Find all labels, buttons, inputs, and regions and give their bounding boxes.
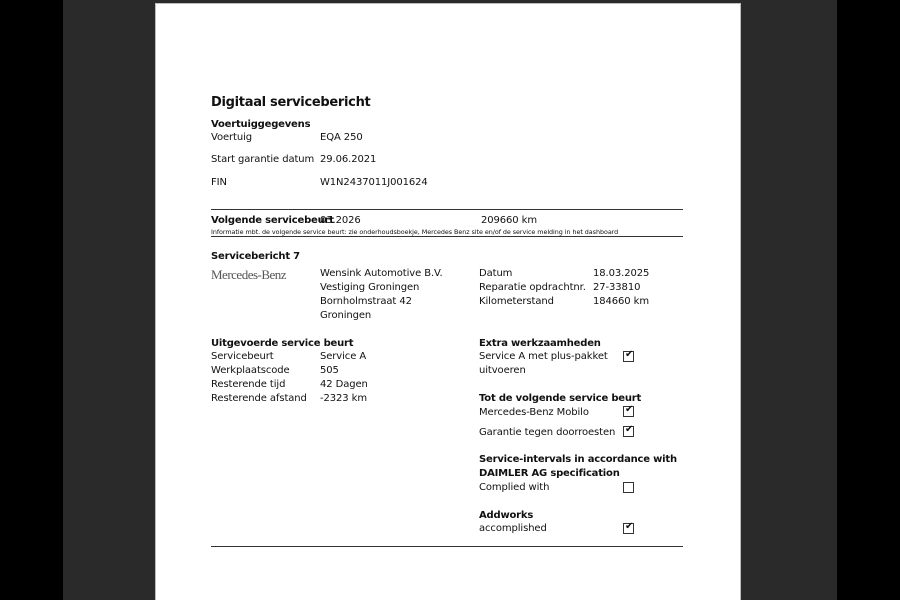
repair-order-label: Reparatie opdrachtnr. <box>479 282 586 293</box>
dealer-city: Groningen <box>320 310 371 321</box>
workshop-code-value: 505 <box>320 365 339 376</box>
extra-work-item-label: Service A met plus-pakket <box>479 351 608 362</box>
complied-with-label: Complied with <box>479 482 549 493</box>
workshop-code-label: Werkplaatscode <box>211 365 290 376</box>
divider-top <box>211 209 683 210</box>
odometer-value: 184660 km <box>593 296 649 307</box>
service-report-heading: Servicebericht 7 <box>211 251 300 262</box>
accomplished-checkbox[interactable]: ✔ <box>623 523 634 534</box>
warranty-start-value: 29.06.2021 <box>320 154 376 165</box>
until-next-heading: Tot de volgende service beurt <box>479 393 641 404</box>
next-service-date: 03.2026 <box>320 215 361 226</box>
mobilo-checkbox[interactable]: ✔ <box>623 406 634 417</box>
next-service-info: Informatie mbt. de volgende service beur… <box>211 228 618 236</box>
document-viewer: Digitaal servicebericht Voertuiggegevens… <box>63 0 837 600</box>
next-service-km: 209660 km <box>481 215 537 226</box>
rust-warranty-checkbox[interactable]: ✔ <box>623 426 634 437</box>
document-page: Digitaal servicebericht Voertuiggegevens… <box>155 3 741 600</box>
extra-work-heading: Extra werkzaamheden <box>479 338 601 349</box>
checkmark-icon: ✔ <box>625 404 633 416</box>
fin-label: FIN <box>211 177 227 188</box>
checkmark-icon: ✔ <box>625 424 633 436</box>
remaining-time-value: 42 Dagen <box>320 379 368 390</box>
remaining-distance-label: Resterende afstand <box>211 393 307 404</box>
accomplished-label: accomplished <box>479 523 547 534</box>
dealer-branch: Vestiging Groningen <box>320 282 419 293</box>
fin-value: W1N2437011J001624 <box>320 177 428 188</box>
service-type-label: Servicebeurt <box>211 351 274 362</box>
checkmark-icon: ✔ <box>625 521 633 533</box>
date-label: Datum <box>479 268 512 279</box>
checkmark-icon: ✔ <box>625 349 633 361</box>
complied-with-checkbox[interactable] <box>623 482 634 493</box>
divider-middle <box>211 236 683 237</box>
mercedes-benz-logo: Mercedes-Benz <box>211 267 286 283</box>
repair-order-value: 27-33810 <box>593 282 640 293</box>
next-service-label: Volgende servicebeurt <box>211 215 334 226</box>
intervals-heading: Service-intervals in accordance with <box>479 454 677 465</box>
extra-work-item-label-cont: uitvoeren <box>479 365 526 376</box>
performed-service-heading: Uitgevoerde service beurt <box>211 338 353 349</box>
addworks-heading: Addworks <box>479 510 533 521</box>
document-title: Digitaal servicebericht <box>211 95 370 110</box>
mobilo-label: Mercedes-Benz Mobilo <box>479 407 589 418</box>
extra-work-checkbox[interactable]: ✔ <box>623 351 634 362</box>
divider-bottom <box>211 546 683 547</box>
dealer-name: Wensink Automotive B.V. <box>320 268 443 279</box>
warranty-start-label: Start garantie datum <box>211 154 314 165</box>
vehicle-value: EQA 250 <box>320 132 363 143</box>
date-value: 18.03.2025 <box>593 268 649 279</box>
remaining-distance-value: -2323 km <box>320 393 367 404</box>
vehicle-section-heading: Voertuiggegevens <box>211 119 310 130</box>
rust-warranty-label: Garantie tegen doorroesten <box>479 427 615 438</box>
intervals-heading-cont: DAIMLER AG specification <box>479 468 620 479</box>
odometer-label: Kilometerstand <box>479 296 554 307</box>
remaining-time-label: Resterende tijd <box>211 379 285 390</box>
vehicle-label: Voertuig <box>211 132 252 143</box>
service-type-value: Service A <box>320 351 366 362</box>
dealer-street: Bornholmstraat 42 <box>320 296 412 307</box>
